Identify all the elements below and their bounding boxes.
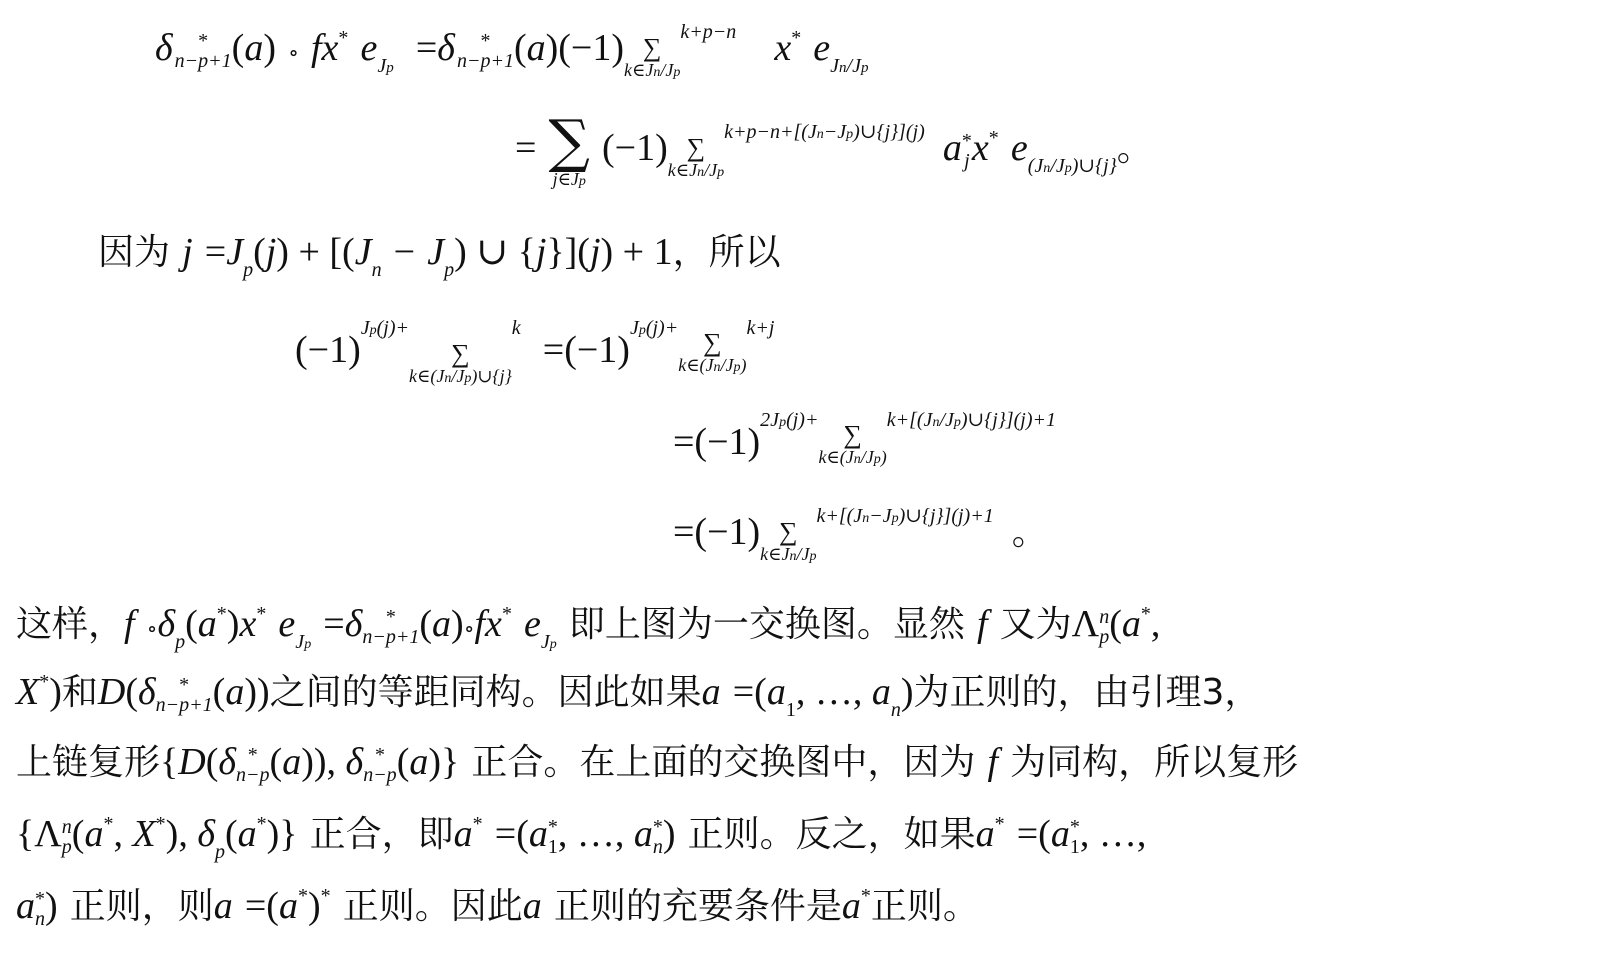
paragraph-line-2: X*)和D(δ*n−p+1(a))之间的等距同构。因此如果a =(a1, …, … <box>16 672 1260 715</box>
paragraph-line-1: 这样，f ∘δp(a*)x* eJp =δ*n−p+1(a)∘fx* eJp 即… <box>16 604 1160 647</box>
paragraph-line-5: a*n) 正则，则a =(a*)* 正则。因此a 正则的充要条件是a*正则。 <box>16 886 979 929</box>
equation-1-line-2: = ∑j∈Jp (−1)∑k∈Jn/Jpk+p−n+[(Jn−Jp)∪{j}](… <box>515 112 1153 189</box>
equation-1-line-1: δ*n−p+1(a) ∘ fx* eJp =δ*n−p+1(a)(−1)∑k∈J… <box>155 28 868 80</box>
equation-2-line-3: =(−1)∑k∈Jn/Jpk+[(Jn−Jp)∪{j}](j)+1 。 <box>673 512 1048 564</box>
intro-line: 因为 j =Jp(j) + [(Jn − Jp) ∪ {j}](j) + 1，所… <box>98 232 781 271</box>
equation-2-line-2: =(−1)2Jp(j)+∑k∈(Jn/Jp)k+[(Jn/Jp)∪{j}](j)… <box>673 422 1056 467</box>
paragraph-line-4: {Λnp(a*, X*), δp(a*)} 正合，即a* =(a*1, …, a… <box>16 814 1146 857</box>
equation-2-line-1: (−1)Jp(j)+∑k∈(Jn/Jp)∪{j}k =(−1)Jp(j)+∑k∈… <box>295 330 774 386</box>
paragraph-line-3: 上链复形{D(δ*n−p(a)), δ*n−p(a)} 正合。在上面的交换图中，… <box>16 742 1298 785</box>
